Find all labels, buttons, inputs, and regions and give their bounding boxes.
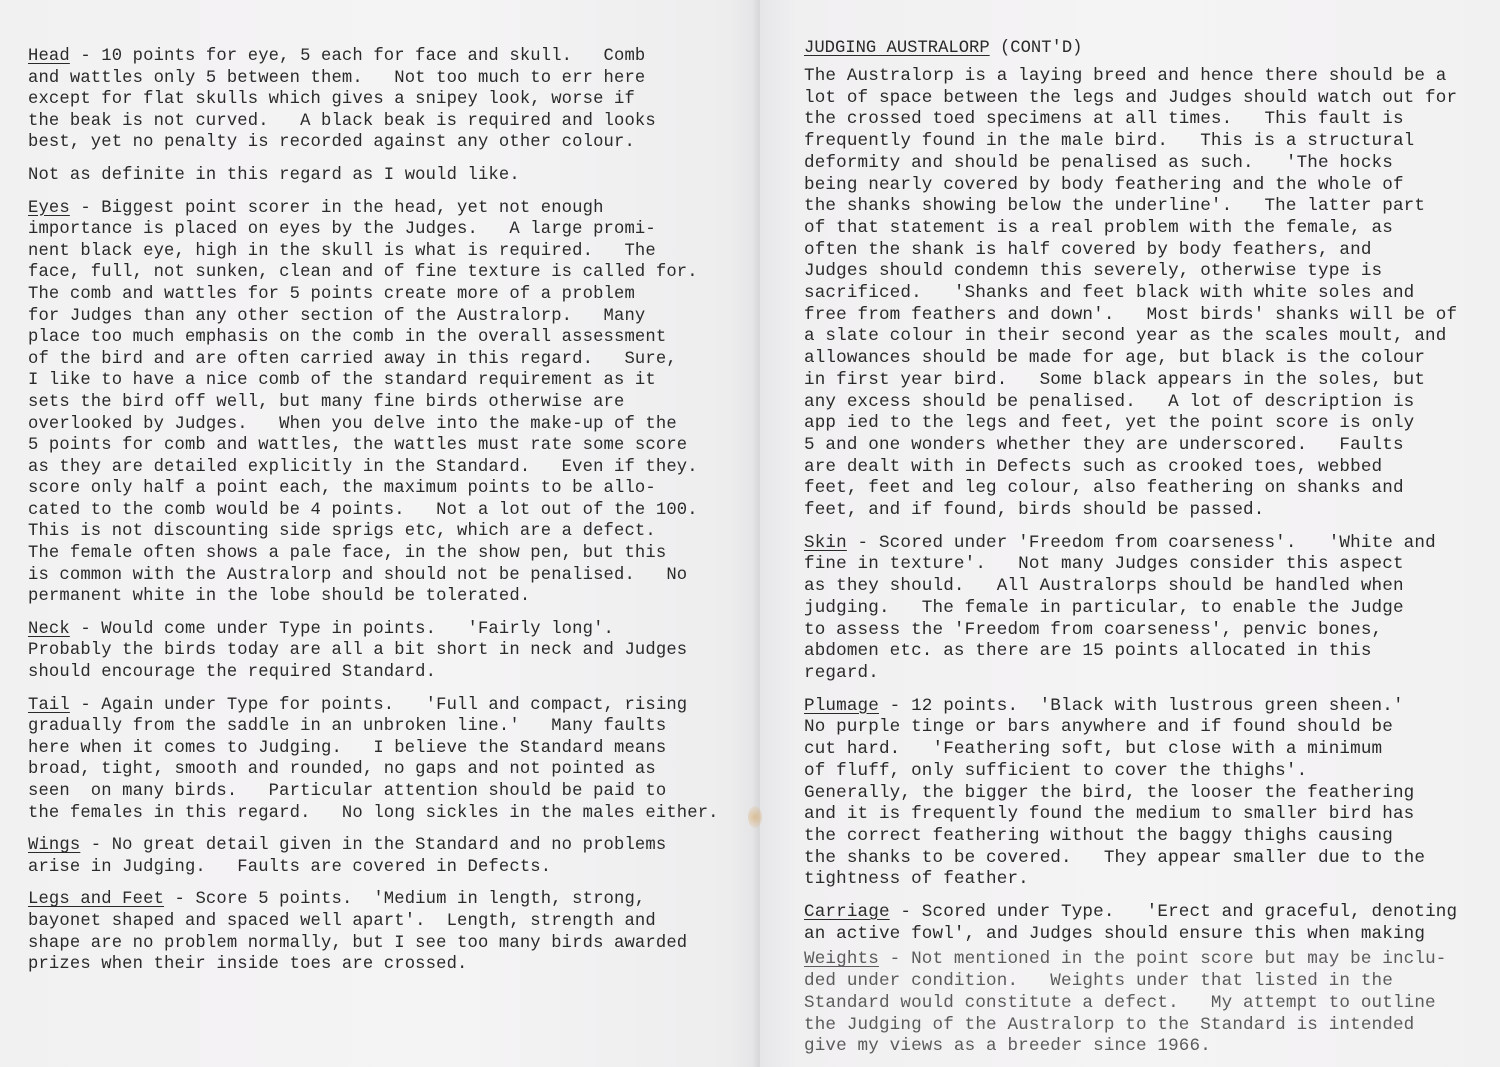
section-heading: Head xyxy=(28,47,70,66)
text-line: The female often shows a pale face, in t… xyxy=(28,543,760,565)
text-line: for Judges than any other section of the… xyxy=(28,306,760,328)
text-line: are dealt with in Defects such as crooke… xyxy=(804,457,1500,479)
text-line: gradually from the saddle in an unbroken… xyxy=(28,716,760,738)
text-line: importance is placed on eyes by the Judg… xyxy=(28,219,760,241)
text-line: the beak is not curved. A black beak is … xyxy=(28,111,760,133)
section-heading: Neck xyxy=(28,620,70,639)
left-page: Head - 10 points for eye, 5 each for fac… xyxy=(0,0,760,1067)
paper-stain xyxy=(748,806,762,828)
section-legs-and-feet: Legs and Feet - Score 5 points. 'Medium … xyxy=(28,889,760,975)
text-line: feet, feet and leg colour, also featheri… xyxy=(804,478,1500,500)
text-line: being nearly covered by body feathering … xyxy=(804,175,1500,197)
text-line: cut hard. 'Feathering soft, but close wi… xyxy=(804,739,1500,761)
text-line: 5 and one wonders whether they are under… xyxy=(804,435,1500,457)
text-line: of that statement is a real problem with… xyxy=(804,218,1500,240)
text-line: 5 points for comb and wattles, the wattl… xyxy=(28,435,760,457)
text-line: Neck - Would come under Type in points. … xyxy=(28,619,760,641)
text-line: regard. xyxy=(804,663,1500,685)
text-line: often the shank is half covered by body … xyxy=(804,240,1500,262)
page-title-suffix: (CONT'D) xyxy=(990,39,1083,58)
text-line: the correct feathering without the baggy… xyxy=(804,826,1500,848)
text-line: app ied to the legs and feet, yet the po… xyxy=(804,413,1500,435)
text-line: Weights - Not mentioned in the point sco… xyxy=(804,949,1500,971)
text-line: sets the bird off well, but many fine bi… xyxy=(28,392,760,414)
text-line: any excess should be penalised. A lot of… xyxy=(804,392,1500,414)
text-line: shape are no problem normally, but I see… xyxy=(28,933,760,955)
text-line: judging. The female in particular, to en… xyxy=(804,598,1500,620)
text-line: Head - 10 points for eye, 5 each for fac… xyxy=(28,46,760,68)
right-page: JUDGING AUSTRALORP (CONT'D) The Australo… xyxy=(760,0,1500,1067)
text-line: of the bird and are often carried away i… xyxy=(28,349,760,371)
text-line: frequently found in the male bird. This … xyxy=(804,131,1500,153)
text-line: Judges should condemn this severely, oth… xyxy=(804,261,1500,283)
text-line: deformity and should be penalised as suc… xyxy=(804,153,1500,175)
section-skin: Skin - Scored under 'Freedom from coarse… xyxy=(804,533,1500,685)
text-line: face, full, not sunken, clean and of fin… xyxy=(28,262,760,284)
text-line: The comb and wattles for 5 points create… xyxy=(28,284,760,306)
text-line: abdomen etc. as there are 15 points allo… xyxy=(804,641,1500,663)
paragraph: The Australorp is a laying breed and hen… xyxy=(804,66,1500,522)
text-line: except for flat skulls which gives a sni… xyxy=(28,89,760,111)
text-line: tightness of feather. xyxy=(804,869,1500,891)
section-heading: Plumage xyxy=(804,696,879,716)
section-heading: Eyes xyxy=(28,199,70,218)
text-line: This is not discounting side sprigs etc,… xyxy=(28,521,760,543)
paragraph: Not as definite in this regard as I woul… xyxy=(28,165,760,187)
page-title: JUDGING AUSTRALORP (CONT'D) xyxy=(804,38,1500,60)
text-line: score only half a point each, the maximu… xyxy=(28,478,760,500)
text-line: best, yet no penalty is recorded against… xyxy=(28,132,760,154)
text-line: I like to have a nice comb of the standa… xyxy=(28,370,760,392)
text-line: Eyes - Biggest point scorer in the head,… xyxy=(28,198,760,220)
text-line: bayonet shaped and spaced well apart'. L… xyxy=(28,911,760,933)
text-line: broad, tight, smooth and rounded, no gap… xyxy=(28,759,760,781)
text-line: Legs and Feet - Score 5 points. 'Medium … xyxy=(28,889,760,911)
text-line: is common with the Australorp and should… xyxy=(28,565,760,587)
text-line: No purple tinge or bars anywhere and if … xyxy=(804,717,1500,739)
section-heading: Skin xyxy=(804,533,847,553)
text-line: Skin - Scored under 'Freedom from coarse… xyxy=(804,533,1500,555)
text-line: Not as definite in this regard as I woul… xyxy=(28,165,760,187)
section-heading: Tail xyxy=(28,696,70,715)
text-line: Standard would constitute a defect. My a… xyxy=(804,993,1500,1015)
text-line: allowances should be made for age, but b… xyxy=(804,348,1500,370)
text-line: should encourage the required Standard. xyxy=(28,662,760,684)
text-line: sacrificed. 'Shanks and feet black with … xyxy=(804,283,1500,305)
section-eyes: Eyes - Biggest point scorer in the head,… xyxy=(28,198,760,608)
text-line: the shanks to be covered. They appear sm… xyxy=(804,848,1500,870)
text-line: Carriage - Scored under Type. 'Erect and… xyxy=(804,902,1500,924)
section-heading: Wings xyxy=(28,836,80,855)
text-line: and wattles only 5 between them. Not too… xyxy=(28,68,760,90)
section-heading: Weights xyxy=(804,949,879,969)
text-line: permanent white in the lobe should be to… xyxy=(28,586,760,608)
section-heading: Legs and Feet xyxy=(28,890,164,909)
text-line: an active fowl', and Judges should ensur… xyxy=(804,924,1500,946)
text-line: fine in texture'. Not many Judges consid… xyxy=(804,554,1500,576)
text-line: lot of space between the legs and Judges… xyxy=(804,88,1500,110)
text-line: seen on many birds. Particular attention… xyxy=(28,781,760,803)
section-head: Head - 10 points for eye, 5 each for fac… xyxy=(28,46,760,154)
text-line: nent black eye, high in the skull is wha… xyxy=(28,241,760,263)
text-line: the Judging of the Australorp to the Sta… xyxy=(804,1015,1500,1037)
text-line: Generally, the bigger the bird, the loos… xyxy=(804,783,1500,805)
text-line: The Australorp is a laying breed and hen… xyxy=(804,66,1500,88)
text-line: the females in this regard. No long sick… xyxy=(28,803,760,825)
text-line: the shanks showing below the underline'.… xyxy=(804,196,1500,218)
section-heading: Carriage xyxy=(804,902,890,922)
text-line: cated to the comb would be 4 points. Not… xyxy=(28,500,760,522)
page-title-main: JUDGING AUSTRALORP xyxy=(804,39,990,58)
text-line: prizes when their inside toes are crosse… xyxy=(28,954,760,976)
text-line: overlooked by Judges. When you delve int… xyxy=(28,414,760,436)
text-line: place too much emphasis on the comb in t… xyxy=(28,327,760,349)
text-line: Wings - No great detail given in the Sta… xyxy=(28,835,760,857)
text-line: free from feathers and down'. Most birds… xyxy=(804,305,1500,327)
text-line: a slate colour in their second year as t… xyxy=(804,326,1500,348)
text-line: feet, and if found, birds should be pass… xyxy=(804,500,1500,522)
text-line: Probably the birds today are all a bit s… xyxy=(28,640,760,662)
text-line: to assess the 'Freedom from coarseness',… xyxy=(804,620,1500,642)
text-line: the crossed toed specimens at all times.… xyxy=(804,109,1500,131)
section-wings: Wings - No great detail given in the Sta… xyxy=(28,835,760,878)
text-line: as they are detailed explicitly in the S… xyxy=(28,457,760,479)
document-spread: Head - 10 points for eye, 5 each for fac… xyxy=(0,0,1500,1067)
text-line: ded under condition. Weights under that … xyxy=(804,971,1500,993)
section-tail: Tail - Again under Type for points. 'Ful… xyxy=(28,695,760,825)
section-plumage: Plumage - 12 points. 'Black with lustrou… xyxy=(804,696,1500,891)
section-neck: Neck - Would come under Type in points. … xyxy=(28,619,760,684)
section-weights: Weights - Not mentioned in the point sco… xyxy=(804,949,1500,1058)
text-line: in first year bird. Some black appears i… xyxy=(804,370,1500,392)
text-line: here when it comes to Judging. I believe… xyxy=(28,738,760,760)
section-carriage: Carriage - Scored under Type. 'Erect and… xyxy=(804,902,1500,945)
text-line: Plumage - 12 points. 'Black with lustrou… xyxy=(804,696,1500,718)
text-line: of fluff, only sufficient to cover the t… xyxy=(804,761,1500,783)
text-line: Tail - Again under Type for points. 'Ful… xyxy=(28,695,760,717)
text-line: arise in Judging. Faults are covered in … xyxy=(28,857,760,879)
text-line: and it is frequently found the medium to… xyxy=(804,804,1500,826)
text-line: as they should. All Australorps should b… xyxy=(804,576,1500,598)
text-line: give my views as a breeder since 1966. xyxy=(804,1036,1500,1058)
